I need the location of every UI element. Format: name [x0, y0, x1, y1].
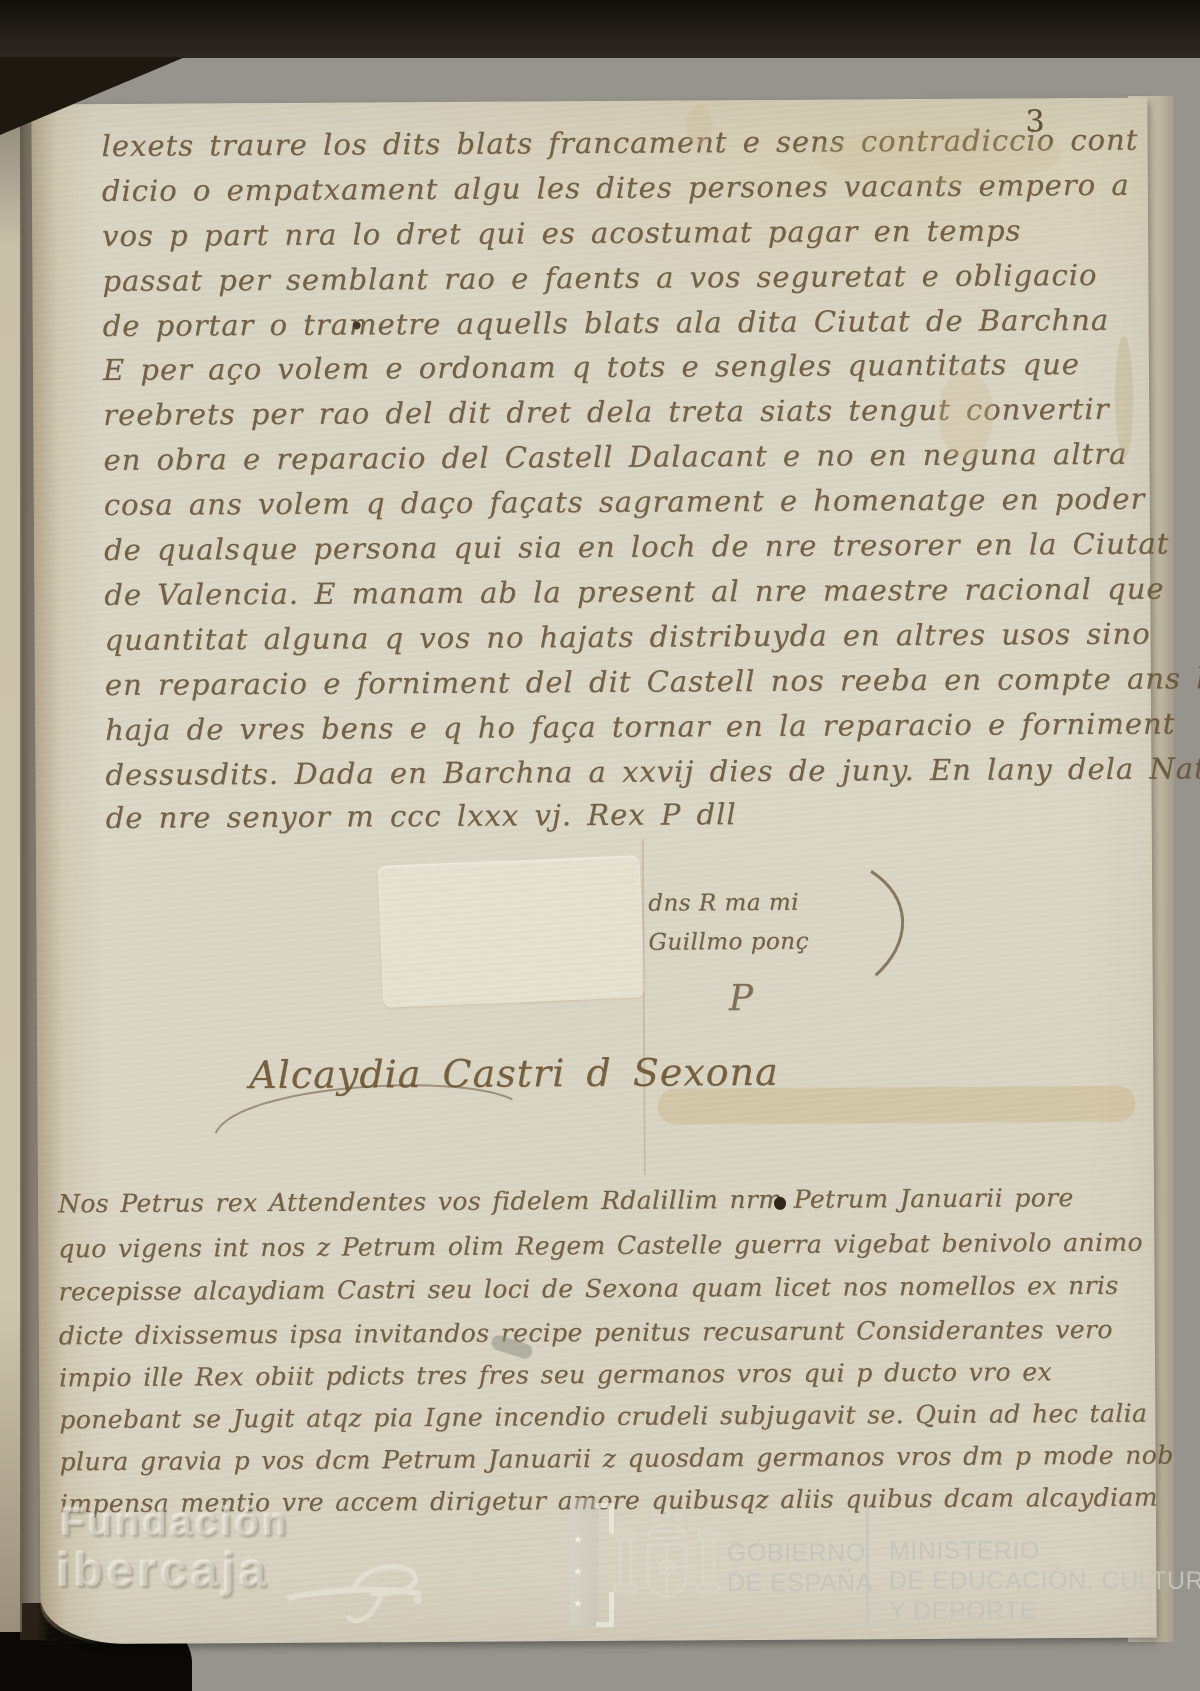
watermark-ministerio-line3: Y DEPORTE — [889, 1596, 1037, 1626]
manuscript-line: quantitat alguna q vos no hajats distrib… — [104, 617, 1150, 657]
manuscript-line: cosa ans volem q daço façats sagrament e… — [104, 482, 1146, 522]
paraph-mark: P — [729, 978, 753, 1019]
manuscript-line: impio ille Rex obiit pdicts tres fres se… — [59, 1357, 1052, 1392]
watermark-gobierno-line1: GOBIERNO — [727, 1538, 866, 1568]
manuscript-line: dicte dixissemus ipsa invitandos recipe … — [59, 1315, 1113, 1350]
ink-speck — [774, 1197, 786, 1210]
manuscript-line: quo vigens int nos z Petrum olim Regem C… — [58, 1228, 1143, 1264]
stain — [938, 371, 994, 459]
manuscript-page: 3 lexets traure los dits blats francamen… — [31, 98, 1156, 1645]
ink-speck — [353, 321, 361, 329]
stain — [1115, 336, 1134, 458]
watermark-gobierno-line2: DE ESPAÑA — [727, 1568, 873, 1598]
manuscript-line: plura gravia p vos dcm Petrum Januarii z… — [60, 1440, 1174, 1476]
signature-line: Guillmo ponç — [648, 929, 809, 956]
manuscript-line: recepisse alcaydiam Castri seu loci de S… — [58, 1271, 1118, 1306]
manuscript-line: de portar o trametre aquells blats ala d… — [103, 303, 1110, 343]
star-icon: ★ — [573, 1597, 583, 1610]
manuscript-line: dessusdits. Dada en Barchna a xxvij dies… — [105, 751, 1200, 792]
manuscript-line: ponebant se Jugit atqz pia Igne incendio… — [59, 1399, 1147, 1435]
binding-shadow-top — [0, 0, 1200, 58]
manuscript-line: haja de vres bens e q ho faça tornar en … — [105, 706, 1175, 747]
manuscript-line: vos p part nra lo dret qui es acostumat … — [102, 213, 1021, 253]
watermark-ministerio-line2: DE EDUCACIÓN, CULTURA — [889, 1566, 1200, 1596]
manuscript-line: Nos Petrus rex Attendentes vos fidelem R… — [58, 1183, 1074, 1218]
ibercaja-logo-icon — [285, 1538, 425, 1638]
stain — [686, 104, 712, 146]
watermark-ministerio-line1: MINISTERIO — [889, 1536, 1040, 1566]
manuscript-line: E per aço volem e ordonam q tots e sengl… — [103, 347, 1080, 387]
star-icon: ★ — [573, 1533, 583, 1546]
spain-coat-of-arms-icon — [612, 1505, 722, 1623]
manuscript-line: en reparacio e forniment del dit Castell… — [105, 661, 1200, 702]
manuscript-line: passat per semblant rao e faents a vos s… — [102, 258, 1097, 298]
flag-bracket — [596, 1592, 614, 1627]
watermark-fundacion: Fundación — [60, 1500, 289, 1545]
manuscript-line: de qualsque persona qui sia en loch de n… — [104, 526, 1169, 567]
chancery-brace-mark — [865, 869, 918, 979]
star-icon: ★ — [573, 1565, 583, 1578]
manuscript-line: de Valencia. E manam ab la present al nr… — [104, 572, 1164, 612]
watermark-ibercaja: ibercaja — [56, 1543, 269, 1598]
watermark-divider — [866, 1506, 869, 1625]
signature-line: dns R ma mi — [648, 890, 799, 917]
manuscript-scan: 3 lexets traure los dits blats francamen… — [0, 0, 1200, 1691]
facing-folio-edge — [0, 110, 22, 1632]
erasure-patch — [378, 855, 646, 1008]
fold-crease — [642, 839, 646, 1175]
section-heading: Alcaydia Castri d Sexona — [249, 1050, 779, 1097]
flag-bracket — [596, 1503, 614, 1534]
manuscript-line: de nre senyor m ccc lxxx vj. Rex P dll — [106, 797, 737, 835]
